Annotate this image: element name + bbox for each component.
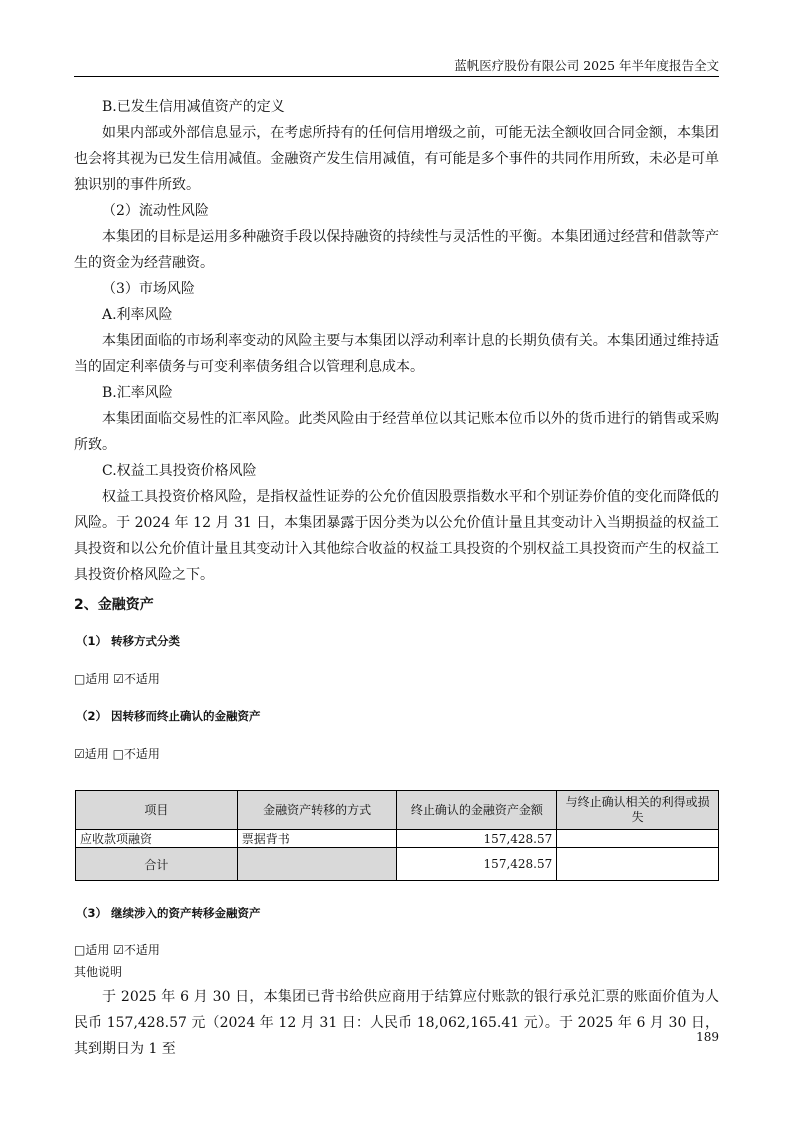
derecognized-applicable: ☑适用 □不适用	[74, 745, 160, 762]
transfer-method-heading: （1） 转移方式分类	[76, 633, 180, 649]
total-label: 合计	[76, 848, 238, 881]
liquidity-risk-text: 本集团的目标是运用多种融资手段以保持融资的持续性与灵活性的平衡。本集团通过经营和…	[74, 224, 719, 276]
table-total-row: 合计 157,428.57	[76, 848, 719, 881]
derecognized-heading: （2） 因转移而终止确认的金融资产	[76, 708, 261, 724]
continuing-involvement-applicable: □适用 ☑不适用	[74, 941, 160, 958]
other-notes-text: 于 2025 年 6 月 30 日，本集团已背书给供应商用于结算应付账款的银行承…	[74, 984, 719, 1062]
financial-assets-heading: 2、金融资产	[74, 594, 154, 614]
total-method	[237, 848, 397, 881]
fx-risk-text: 本集团面临交易性的汇率风险。此类风险由于经营单位以其记账本位币以外的货币进行的销…	[74, 406, 719, 458]
credit-impaired-text: 如果内部或外部信息显示，在考虑所持有的任何信用增级之前，可能无法全额收回合同金额…	[74, 120, 719, 198]
total-gain-loss	[557, 848, 719, 881]
table-header-row: 项目 金融资产转移的方式 终止确认的金融资产金额 与终止确认相关的利得或损失	[76, 791, 719, 830]
transfer-method-applicable: □适用 ☑不适用	[74, 670, 160, 687]
equity-risk-text: 权益工具投资价格风险，是指权益性证券的公允价值因股票指数水平和个别证券价值的变化…	[74, 484, 719, 588]
fx-risk-title: B.汇率风险	[74, 380, 719, 406]
report-title: 蓝帆医疗股份有限公司 2025 年半年度报告全文	[454, 56, 719, 74]
liquidity-risk-title: （2）流动性风险	[74, 198, 719, 224]
interest-rate-risk-text: 本集团面临的市场利率变动的风险主要与本集团以浮动利率计息的长期负债有关。本集团通…	[74, 328, 719, 380]
cell-method: 票据背书	[237, 830, 397, 848]
credit-impaired-title: B.已发生信用减值资产的定义	[74, 94, 719, 120]
continuing-involvement-heading: （3） 继续涉入的资产转移金融资产	[76, 905, 261, 921]
derecognized-assets-table: 项目 金融资产转移的方式 终止确认的金融资产金额 与终止确认相关的利得或损失 应…	[75, 790, 719, 881]
equity-risk-title: C.权益工具投资价格风险	[74, 458, 719, 484]
total-amount: 157,428.57	[397, 848, 557, 881]
table-row: 应收款项融资 票据背书 157,428.57	[76, 830, 719, 848]
cell-gain-loss	[557, 830, 719, 848]
col-header-amount: 终止确认的金融资产金额	[397, 791, 557, 830]
page-number: 189	[696, 1030, 719, 1044]
col-header-item: 项目	[76, 791, 238, 830]
page-header: 蓝帆医疗股份有限公司 2025 年半年度报告全文	[74, 54, 719, 77]
cell-item: 应收款项融资	[76, 830, 238, 848]
cell-amount: 157,428.57	[397, 830, 557, 848]
interest-rate-risk-title: A.利率风险	[74, 302, 719, 328]
market-risk-title: （3）市场风险	[74, 276, 719, 302]
col-header-gain-loss: 与终止确认相关的利得或损失	[557, 791, 719, 830]
other-notes-label: 其他说明	[74, 963, 122, 980]
col-header-method: 金融资产转移的方式	[237, 791, 397, 830]
